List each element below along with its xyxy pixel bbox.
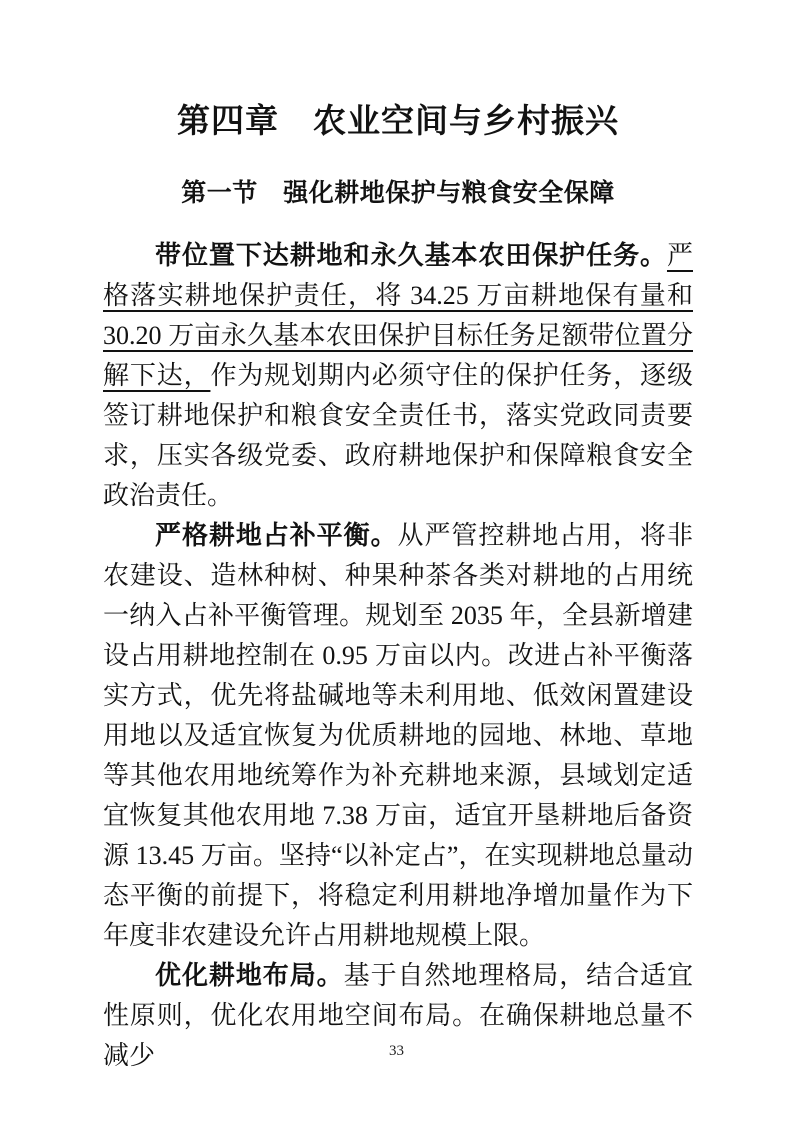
paragraph-2: 严格耕地占补平衡。从严管控耕地占用，将非农建设、造林种树、种果种茶各类对耕地的占… [103, 516, 693, 956]
paragraph-1-lead: 带位置下达耕地和永久基本农田保护任务。 [155, 241, 667, 270]
paragraph-3-lead: 优化耕地布局。 [155, 961, 344, 990]
body-text: 带位置下达耕地和永久基本农田保护任务。严格落实耕地保护责任，将 34.25 万亩… [103, 236, 693, 1076]
page-content: 第四章 农业空间与乡村振兴 第一节 强化耕地保护与粮食安全保障 带位置下达耕地和… [103, 0, 693, 1076]
chapter-title: 第四章 农业空间与乡村振兴 [103, 0, 693, 144]
paragraph-1: 带位置下达耕地和永久基本农田保护任务。严格落实耕地保护责任，将 34.25 万亩… [103, 236, 693, 516]
paragraph-2-text: 从严管控耕地占用，将非农建设、造林种树、种果种茶各类对耕地的占用统一纳入占补平衡… [103, 521, 693, 950]
section-title: 第一节 强化耕地保护与粮食安全保障 [103, 176, 693, 210]
page-number: 33 [0, 1043, 793, 1060]
paragraph-2-lead: 严格耕地占补平衡。 [155, 521, 398, 550]
document-page: 第四章 农业空间与乡村振兴 第一节 强化耕地保护与粮食安全保障 带位置下达耕地和… [0, 0, 793, 1122]
